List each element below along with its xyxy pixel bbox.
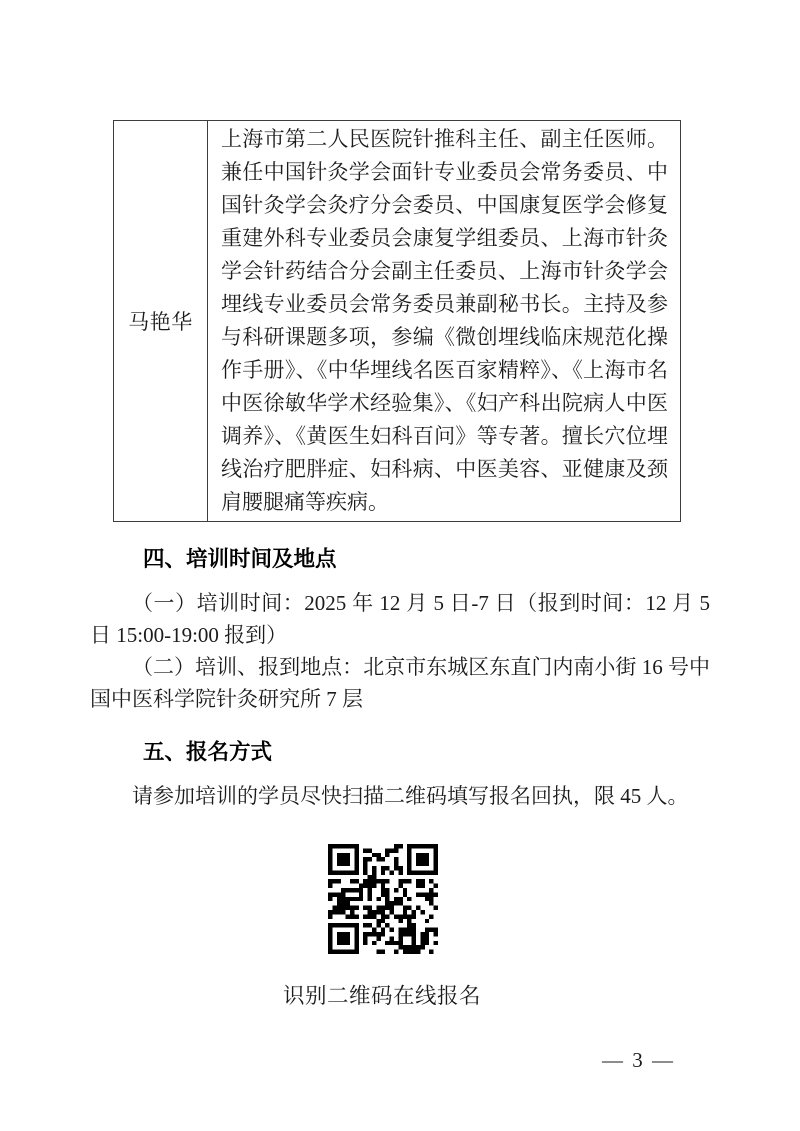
instructor-bio-cell: 上海市第二人民医院针推科主任、副主任医师。兼任中国针灸学会面针专业委员会常务委员… <box>208 121 681 522</box>
registration-qr-code-image <box>328 844 438 954</box>
document-content: 马艳华 上海市第二人民医院针推科主任、副主任医师。兼任中国针灸学会面针专业委员会… <box>90 120 710 1008</box>
instructor-table: 马艳华 上海市第二人民医院针推科主任、副主任医师。兼任中国针灸学会面针专业委员会… <box>113 120 681 522</box>
paragraph-training-location: （二）培训、报到地点：北京市东城区东直门内南小街 16 号中国中医科学院针灸研究… <box>90 651 710 715</box>
section-heading-registration: 五、报名方式 <box>143 740 710 764</box>
paragraph-training-time: （一）培训时间：2025 年 12 月 5 日-7 日（报到时间：12 月 5 … <box>90 587 710 651</box>
document-page: 马艳华 上海市第二人民医院针推科主任、副主任医师。兼任中国针灸学会面针专业委员会… <box>0 0 800 1131</box>
table-row: 马艳华 上海市第二人民医院针推科主任、副主任医师。兼任中国针灸学会面针专业委员会… <box>114 121 681 522</box>
paragraph-registration-instruction: 请参加培训的学员尽快扫描二维码填写报名回执，限 45 人。 <box>90 780 710 812</box>
qr-caption: 识别二维码在线报名 <box>283 985 710 1008</box>
page-number: — 3 — <box>602 1048 675 1072</box>
instructor-name-cell: 马艳华 <box>114 121 208 522</box>
qr-code-container <box>328 844 438 954</box>
section-heading-time-location: 四、培训时间及地点 <box>143 547 710 571</box>
